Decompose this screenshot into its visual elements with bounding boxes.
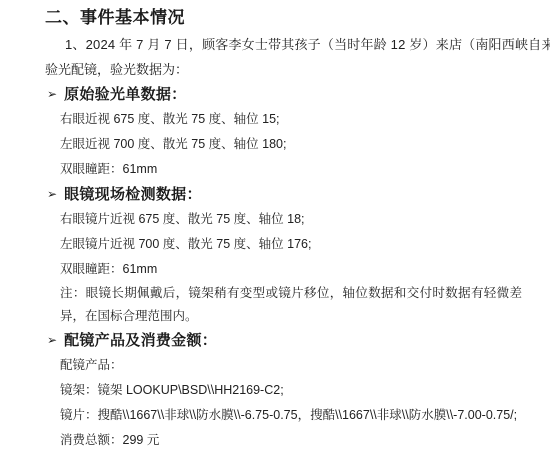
data-line-pupil-distance: 双眼瞳距：61mm [60, 257, 522, 282]
document-page: 二、事件基本情况 1、2024 年 7 月 7 日，顾客李女士带其孩子（当时年龄… [0, 0, 550, 465]
data-line-products-label: 配镜产品： [60, 353, 522, 378]
intro-line-1: 1、2024 年 7 月 7 日，顾客李女士带其孩子（当时年龄 12 岁）来店（… [65, 32, 522, 57]
section-heading-label: 原始验光单数据： [64, 82, 186, 107]
data-line-left-lens: 左眼镜片近视 700 度、散光 75 度、轴位 176; [60, 232, 522, 257]
data-line-lens: 镜片：搜酷\\1667\\非球\\防水膜\\-6.75-0.75，搜酷\\166… [60, 403, 522, 428]
section-title: 二、事件基本情况 [45, 8, 522, 28]
note-text: 注：眼镜长期佩戴后，镜架稍有变型或镜片移位，轴位数据和交付时数据有轻微差异，在国… [60, 282, 522, 328]
arrow-bullet-icon: ➢ [47, 82, 57, 107]
section-products-and-amount: ➢ 配镜产品及消费金额： 配镜产品： 镜架：镜架 LOOKUP\BSD\\HH2… [45, 328, 522, 453]
section-heading-row: ➢ 配镜产品及消费金额： [47, 328, 522, 353]
data-line-pupil-distance: 双眼瞳距：61mm [60, 157, 522, 182]
data-line-right-eye: 右眼近视 675 度、散光 75 度、轴位 15; [60, 107, 522, 132]
data-line-frame: 镜架：镜架 LOOKUP\BSD\\HH2169-C2; [60, 378, 522, 403]
section-heading-row: ➢ 眼镜现场检测数据： [47, 182, 522, 207]
section-heading-row: ➢ 原始验光单数据： [47, 82, 522, 107]
section-original-prescription: ➢ 原始验光单数据： 右眼近视 675 度、散光 75 度、轴位 15; 左眼近… [45, 82, 522, 182]
data-line-left-eye: 左眼近视 700 度、散光 75 度、轴位 180; [60, 132, 522, 157]
data-line-right-lens: 右眼镜片近视 675 度、散光 75 度、轴位 18; [60, 207, 522, 232]
arrow-bullet-icon: ➢ [47, 182, 57, 207]
section-onsite-inspection: ➢ 眼镜现场检测数据： 右眼镜片近视 675 度、散光 75 度、轴位 18; … [45, 182, 522, 328]
intro-line-2: 验光配镜，验光数据为： [45, 57, 522, 82]
section-heading-label: 眼镜现场检测数据： [64, 182, 202, 207]
section-heading-label: 配镜产品及消费金额： [64, 328, 217, 353]
data-line-total-amount: 消费总额：299 元 [60, 428, 522, 453]
arrow-bullet-icon: ➢ [47, 328, 57, 353]
